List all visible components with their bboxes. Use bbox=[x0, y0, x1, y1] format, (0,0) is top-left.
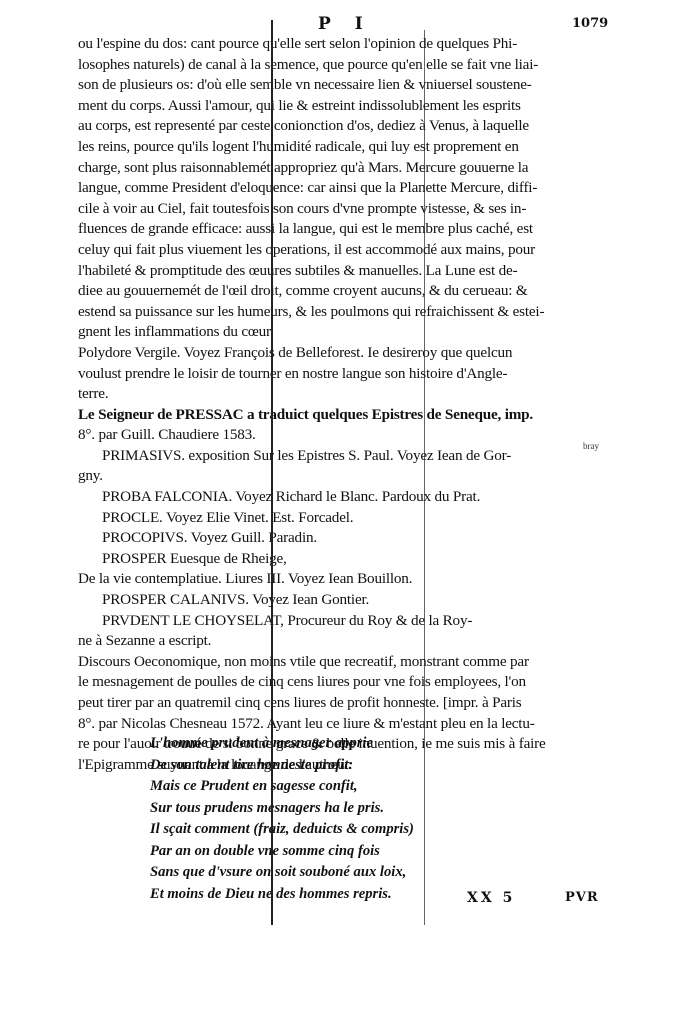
running-title: P I bbox=[318, 14, 372, 34]
catchword: PVR bbox=[565, 890, 599, 905]
entry-line: 8°. par Nicolas Chesneau 1572. Ayant leu… bbox=[78, 714, 598, 735]
verse-line: Par an on double vne somme cinq fois bbox=[150, 841, 414, 863]
entry-line: voulust prendre le loisir de tourner en … bbox=[78, 364, 598, 385]
entry-prosper: PROSPER Euesque de Rheige, bbox=[78, 549, 598, 570]
verse-line: De son talent tire honneste profit: bbox=[150, 755, 414, 777]
entry-line: terre. bbox=[78, 384, 598, 405]
verse-line: L'homme prudent à mesnager apprie bbox=[150, 733, 414, 755]
text-line: les reins, pource qu'ils logent l'humidi… bbox=[78, 137, 598, 158]
page-header: P I 1079 bbox=[0, 14, 696, 36]
text-line: charge, sont plus raisonnablemét appropr… bbox=[78, 158, 598, 179]
entry-proba-falconia: PROBA FALCONIA. Voyez Richard le Blanc. … bbox=[78, 487, 598, 508]
text-line: son de plusieurs os: d'où elle semble vn… bbox=[78, 75, 598, 96]
text-line: cile à voir au Ciel, fait toutesfois son… bbox=[78, 199, 598, 220]
entry-line: peut tirer par an quatremil cinq cens li… bbox=[78, 693, 598, 714]
scan-crease-line bbox=[271, 20, 273, 925]
entry-pressac: Le Seigneur de PRESSAC a traduict quelqu… bbox=[78, 405, 598, 426]
epigram: L'homme prudent à mesnager apprie De son… bbox=[150, 733, 414, 905]
signature-mark: XX 5 bbox=[467, 890, 515, 906]
text-line: gnent les inflammations du cœur. bbox=[78, 322, 598, 343]
verse-line: Et moins de Dieu ne des hommes repris. bbox=[150, 884, 414, 906]
text-line: celuy qui fait plus viuement les operati… bbox=[78, 240, 598, 261]
verse-line: Sans que d'vsure on soit souboné aux loi… bbox=[150, 862, 414, 884]
entry-procle: PROCLE. Voyez Elie Vinet. Est. Forcadel. bbox=[78, 508, 598, 529]
entry-primasius: PRIMASIVS. exposition Sur les Epistres S… bbox=[78, 446, 598, 467]
text-line: ou l'espine du dos: cant pource qu'elle … bbox=[78, 34, 598, 55]
text-line: diee au gouuernemét de l'œil droit, comm… bbox=[78, 281, 598, 302]
entry-prosper-calanius: PROSPER CALANIVS. Voyez Iean Gontier. bbox=[78, 590, 598, 611]
entry-line: 8°. par Guill. Chaudiere 1583. bbox=[78, 425, 598, 446]
entry-line: le mesnagement de poulles de cinq cens l… bbox=[78, 672, 598, 693]
entry-prudent-le-choyselat: PRVDENT LE CHOYSELAT, Procureur du Roy &… bbox=[78, 611, 598, 632]
verse-line: Mais ce Prudent en sagesse confit, bbox=[150, 776, 414, 798]
text-line: langue, comme President d'eloquence: car… bbox=[78, 178, 598, 199]
entry-line: Discours Oeconomique, non moins vtile qu… bbox=[78, 652, 598, 673]
book-page: P I 1079 ou l'espine du dos: cant pource… bbox=[0, 0, 696, 1024]
text-line: losophes naturels) de canal à la semence… bbox=[78, 55, 598, 76]
entry-line: ne à Sezanne a escript. bbox=[78, 631, 598, 652]
verse-line: Il sçait comment (fraiz, deduicts & comp… bbox=[150, 819, 414, 841]
entry-line: gny. bbox=[78, 466, 598, 487]
body-text: ou l'espine du dos: cant pource qu'elle … bbox=[78, 34, 598, 775]
page-number: 1079 bbox=[572, 16, 608, 31]
entry-procopius: PROCOPIVS. Voyez Guill. Paradin. bbox=[78, 528, 598, 549]
text-line: fluences de grande efficace: aussi la la… bbox=[78, 219, 598, 240]
text-line: estend sa puissance sur les humeurs, & l… bbox=[78, 302, 598, 323]
margin-note: bray bbox=[583, 441, 599, 451]
entry-polydore: Polydore Vergile. Voyez François de Bell… bbox=[78, 343, 598, 364]
text-line: l'habileté & promptitude des œuures subt… bbox=[78, 261, 598, 282]
scan-crease-line bbox=[424, 30, 425, 925]
entry-line: De la vie contemplatiue. Liures III. Voy… bbox=[78, 569, 598, 590]
text-line: ment du corps. Aussi l'amour, qui lie & … bbox=[78, 96, 598, 117]
text-line: au corps, est representé par ceste conio… bbox=[78, 116, 598, 137]
verse-line: Sur tous prudens mesnagers ha le pris. bbox=[150, 798, 414, 820]
